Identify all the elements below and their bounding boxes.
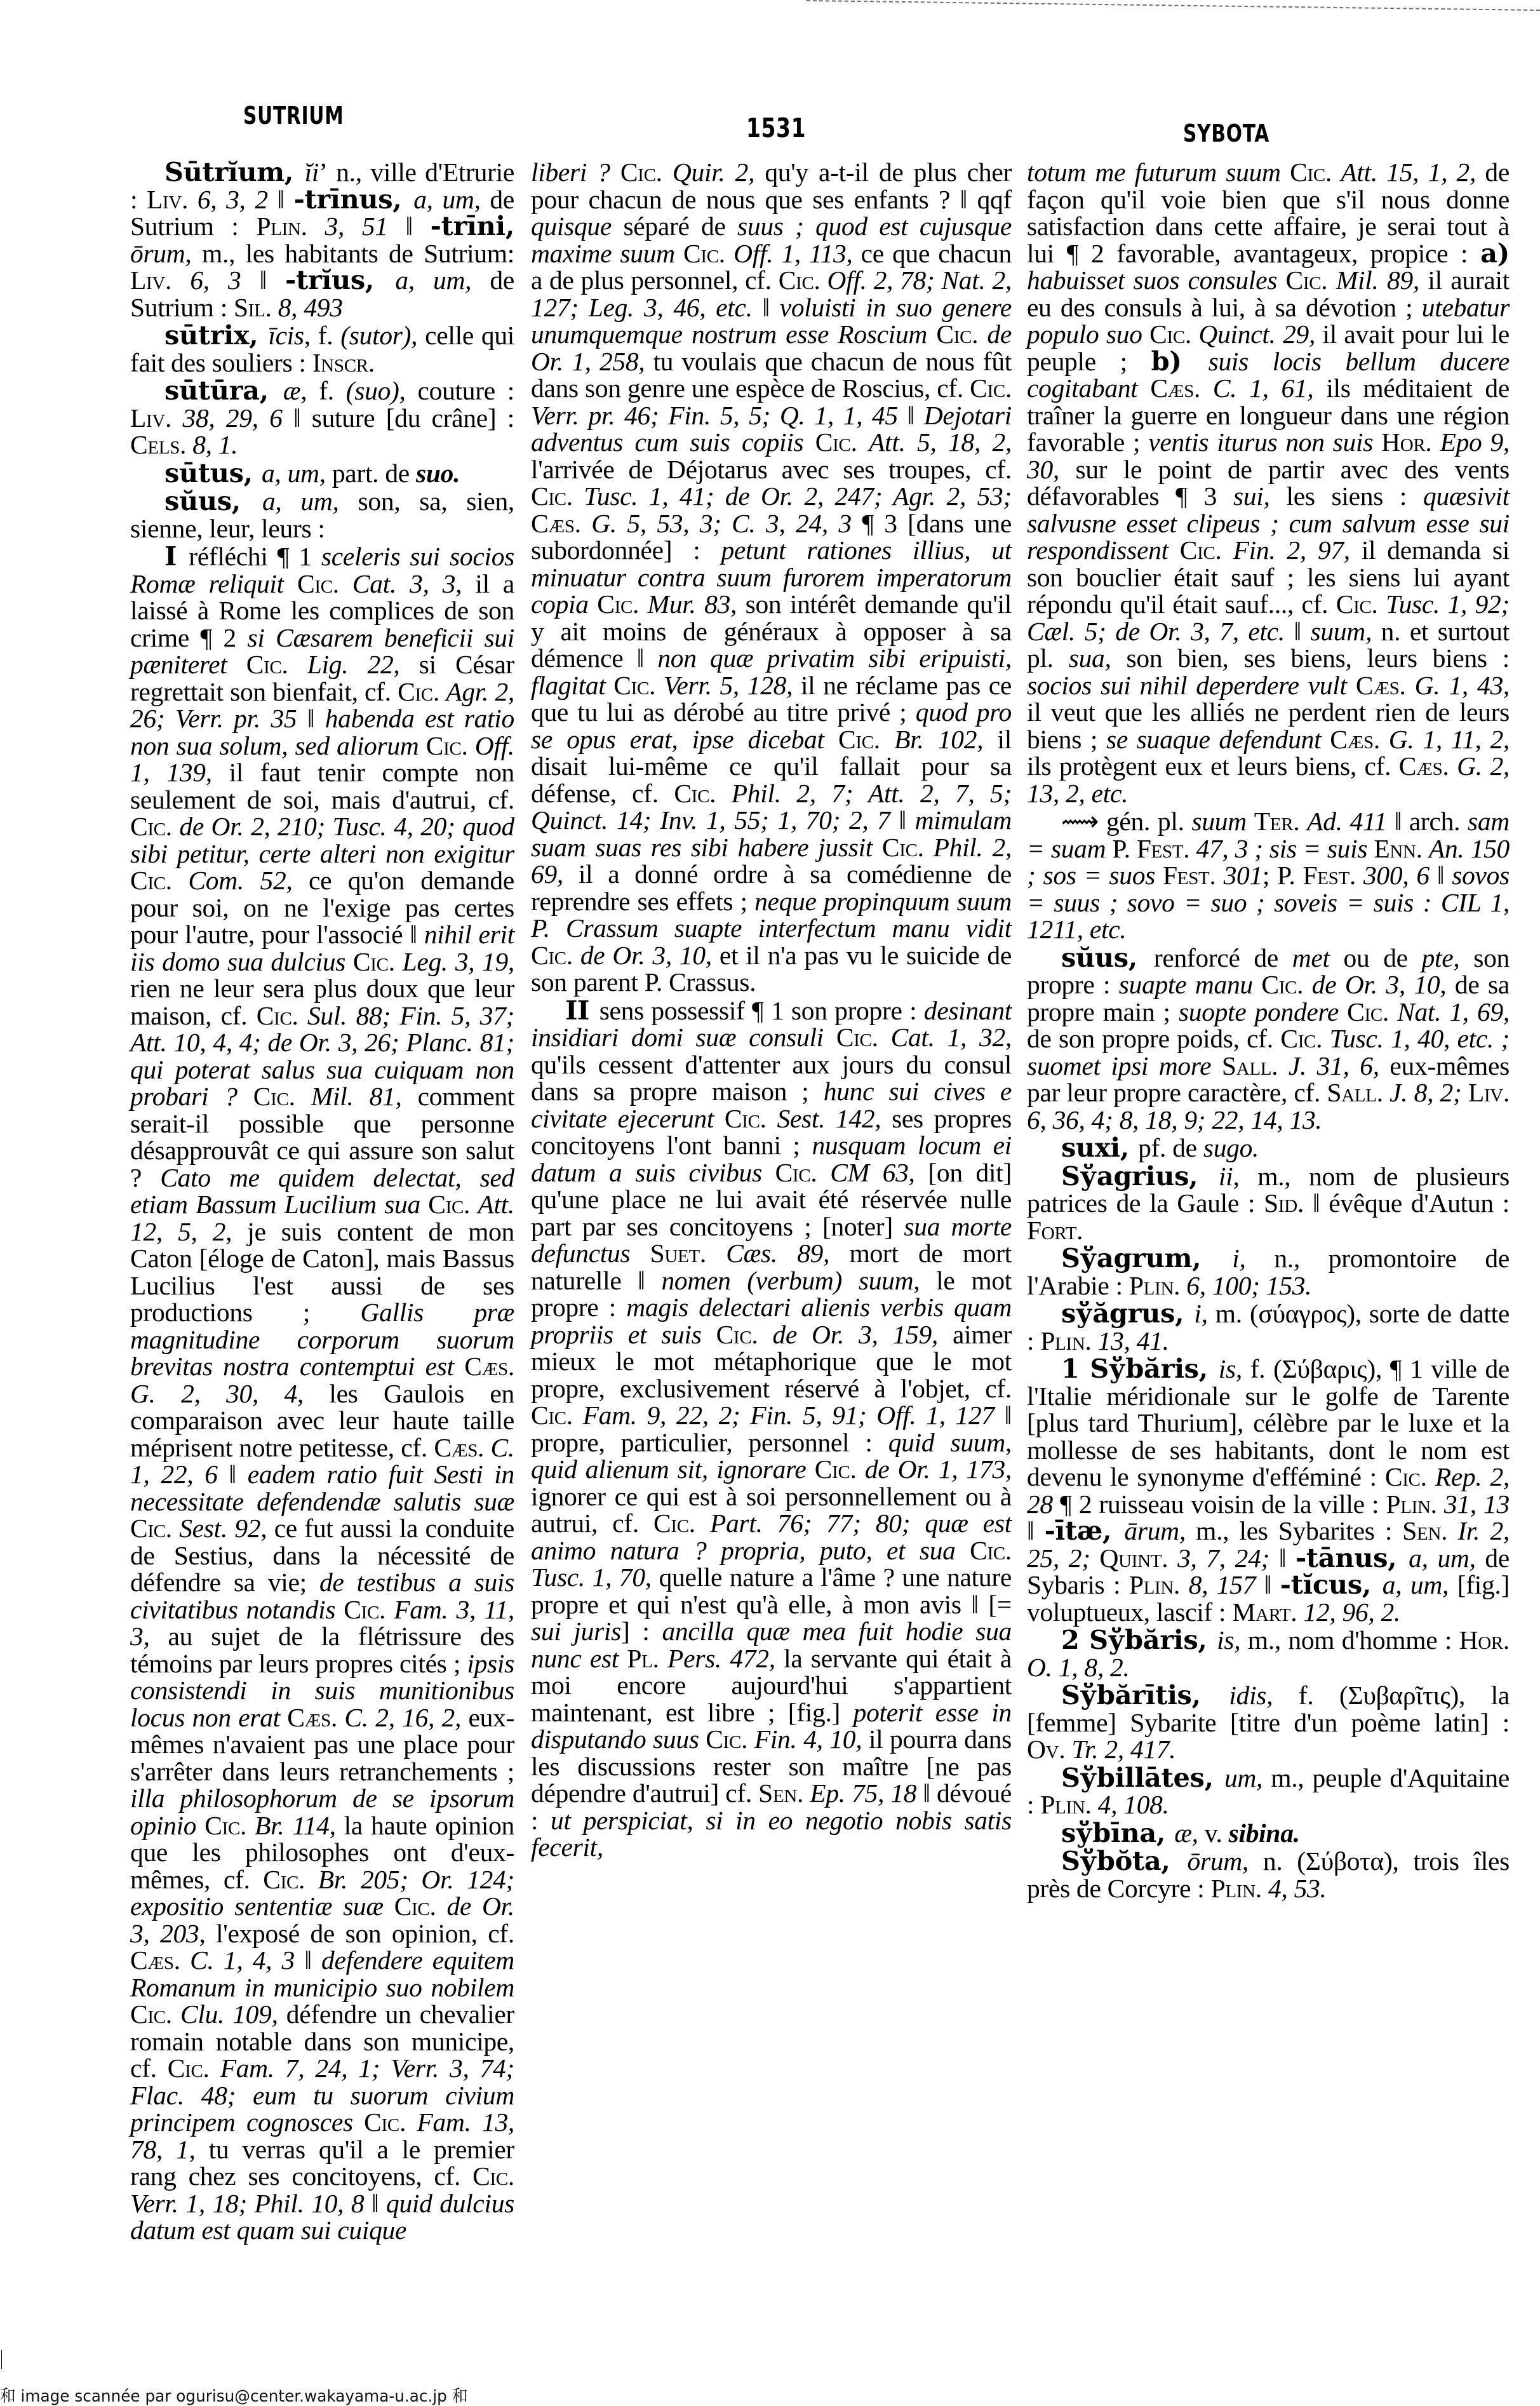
entry-text: Cic. — [1261, 970, 1311, 999]
entry-text: Fam. 9, 22, 2; Fin. 5, 91; Off. 1, 127 — [583, 1401, 994, 1430]
entry-text: Quinct. 29, — [1198, 319, 1322, 349]
running-head-left: SUTRIUM — [243, 102, 344, 130]
entry-text: liberi ? — [531, 158, 620, 187]
entry-text: ‖ — [753, 293, 780, 322]
entry-text: 4, 108. — [1098, 1790, 1169, 1819]
entry-text: Sen. — [758, 1778, 810, 1808]
entry-text: de Or. 3, 10, — [1312, 970, 1455, 999]
entry-text: 8, 493 — [278, 293, 343, 322]
entry-text: ‖ — [297, 704, 325, 733]
entry-text: Cic. — [257, 1001, 307, 1030]
dictionary-entry: Sўagrius, ii, m., nom de plusieurs patri… — [1027, 1163, 1510, 1244]
entry-text: Plin. — [1386, 1489, 1443, 1519]
scan-credit-footer: 和 image scannée par ogurisu@center.wakay… — [0, 2383, 467, 2406]
entry-text: Liv. — [1468, 1078, 1510, 1107]
entry-text: Cic. — [1336, 589, 1386, 619]
entry-text: habuisset suos consules — [1027, 265, 1285, 295]
entry-text: -trĭus, — [285, 264, 395, 295]
entry-text: i, — [1194, 1299, 1215, 1328]
entry-text: Ad. 411 — [1307, 807, 1387, 836]
entry-text: Pl. — [627, 1644, 667, 1673]
running-head-right: SYBOTA — [1183, 119, 1269, 147]
entry-text: Quint. — [1099, 1543, 1177, 1573]
entry-text: a, um, — [413, 185, 490, 214]
entry-text: Pers. 472, — [667, 1644, 784, 1673]
entry-text: ‖ — [364, 2189, 386, 2218]
entry-text: de Or. 3, 159, — [772, 1320, 953, 1349]
entry-text: ĭi — [305, 158, 319, 187]
entry-text: m., nom d'homme : — [1248, 1625, 1459, 1655]
column-right: totum me futurum suum Cic. Att. 15, 1, 2… — [1027, 159, 1510, 1903]
entry-text: Nat. 1, 69, — [1397, 997, 1510, 1026]
dictionary-entry: ⟿ gén. pl. suum Ter. Ad. 411 ‖ arch. sam… — [1027, 808, 1510, 943]
entry-text: ¶ 2 ruisseau voisin de la ville : — [1053, 1489, 1386, 1519]
entry-text: Cic. — [706, 1724, 754, 1754]
entry-text: Cat. 3, 3, — [352, 569, 475, 598]
entry-text: Cic. — [130, 866, 188, 895]
entry-text: ‖ — [388, 212, 431, 241]
entry-text: Tusc. 1, 41; de Or. 2, 247; Agr. 2, 53; — [584, 481, 1012, 511]
entry-text: O. 1, 8, 2. — [1027, 1653, 1130, 1682]
entry-text: i, — [1232, 1244, 1274, 1273]
entry-text: ventis iturus non suis — [1148, 427, 1381, 457]
entry-text: ‖ — [295, 1946, 321, 1975]
entry-text: Cic. — [531, 1401, 583, 1430]
entry-text: Cæs. — [464, 1352, 514, 1381]
entry-text: Sўagrius, — [1061, 1160, 1219, 1192]
entry-text: Fort. — [1027, 1216, 1083, 1245]
entry-text: Cæs. — [287, 1703, 344, 1732]
entry-text: Ep. 75, 18 — [810, 1778, 916, 1808]
entry-text: um, — [1224, 1763, 1271, 1792]
entry-text: Verr. pr. 46; Fin. 5, 5; Q. 1, 1, 45 — [531, 401, 898, 430]
entry-text: ārum, — [1124, 1516, 1196, 1545]
entry-text: Cæs. — [434, 1433, 490, 1462]
entry-text: (sutor), — [340, 321, 425, 350]
entry-text: Cæs. 89, — [726, 1239, 849, 1268]
entry-text: Sūtrĭum, — [164, 156, 305, 187]
entry-text: idis, — [1229, 1681, 1298, 1710]
entry-text: 6, 36, 4; 8, 18, 9; 22, 14, 13. — [1027, 1105, 1322, 1134]
entry-text: Cic. — [936, 319, 987, 349]
entry-text: renforcé de — [1154, 943, 1292, 972]
entry-text: ut perspiciat, si in eo negotio nobis sa… — [531, 1806, 1012, 1862]
entry-text: Cic. — [253, 1082, 311, 1111]
entry-text: ‖ — [218, 1460, 248, 1489]
entry-text: suapte manu — [1119, 970, 1262, 999]
entry-text: a) — [1480, 238, 1510, 269]
entry-text: Cic. — [970, 373, 1012, 403]
entry-text: P. Fest. — [1277, 861, 1363, 890]
entry-text: Sўbillātes, — [1061, 1762, 1224, 1793]
entry-text: socios sui nihil deperdere vult — [1027, 671, 1356, 700]
entry-text: Cic. — [620, 158, 673, 187]
entry-text: Cic. — [204, 1811, 255, 1840]
dictionary-entry: totum me futurum suum Cic. Att. 15, 1, 2… — [1027, 159, 1510, 807]
entry-text: ils protègent eux et leurs biens, cf. — [1027, 751, 1399, 781]
dictionary-entry: sūtūra, æ, f. (suo), couture : Liv. 38, … — [130, 377, 514, 459]
entry-text: Enn. — [1374, 834, 1429, 863]
entry-text: Cic. — [1285, 265, 1336, 295]
entry-text: m., les Sybarites : — [1196, 1516, 1402, 1545]
dictionary-entry: Sўagrum, i, n., promontoire de l'Arabie … — [1027, 1245, 1510, 1299]
entry-text: Cæs. — [1356, 671, 1415, 700]
entry-text: G. 1, 11, 2, — [1389, 725, 1510, 754]
entry-text: Plin. — [1211, 1874, 1268, 1903]
scan-margin-rule — [1, 2350, 2, 2369]
entry-text: v. — [1205, 1818, 1229, 1848]
entry-text: Cic. — [775, 1158, 831, 1187]
entry-text: Cæs. — [1330, 725, 1389, 754]
entry-text: sūtrix, — [164, 319, 268, 351]
entry-text: a, um, — [262, 487, 358, 516]
entry-text: Cic. — [838, 725, 894, 754]
entry-text: 3, 51 — [325, 212, 388, 241]
entry-text: 47, 3 ; sis = suis — [1196, 834, 1374, 863]
entry-text: Cic. — [263, 1865, 318, 1894]
entry-text: sŭus, — [164, 485, 262, 516]
entry-text: couture : — [418, 376, 514, 405]
entry-text: quisque — [531, 212, 623, 241]
entry-text: is, — [1219, 1354, 1250, 1383]
entry-text: suopte pondere — [1179, 997, 1347, 1026]
entry-text: ‖ — [890, 805, 915, 835]
entry-text: Verr. 1, 18; Phil. 10, 8 — [130, 2189, 364, 2218]
entry-text: Mur. 83, — [648, 589, 746, 619]
entry-text: Cæs. — [531, 509, 591, 538]
entry-text: 300, 6 — [1363, 861, 1430, 890]
entry-text: -ītæ, — [1045, 1515, 1125, 1546]
entry-text: Liv. — [130, 265, 190, 295]
entry-text: Cic. — [836, 1023, 891, 1052]
entry-text: nomen (verbum) suum, — [661, 1266, 936, 1295]
entry-text: de Or. 1, 173, — [865, 1455, 1012, 1484]
entry-text: ‖ — [268, 185, 294, 214]
entry-text: Cic. — [398, 677, 446, 706]
entry-text: ‖ — [898, 401, 924, 430]
entry-text: Cic. — [168, 2053, 220, 2083]
entry-text: suum, — [1311, 617, 1381, 646]
column-middle: liberi ? Cic. Quir. 2, qu'y a-t-il de pl… — [531, 159, 1012, 1862]
dictionary-entry: sŭus, a, um, son, sa, sien, sienne, leur… — [130, 488, 514, 542]
entry-text: Plin. — [1129, 1570, 1189, 1599]
entry-text: pf. de — [1138, 1133, 1203, 1162]
entry-text: totum me futurum suum — [1027, 158, 1290, 187]
entry-text: 6, 3 — [190, 265, 241, 295]
entry-text: Tusc. 1, 70, — [531, 1563, 659, 1592]
entry-text: Quir. 2, — [673, 158, 765, 187]
entry-text: Cels. — [130, 430, 192, 459]
entry-text: Lig. 22, — [307, 650, 419, 679]
entry-text: a, um, — [1409, 1543, 1485, 1573]
entry-text: Cæs. — [1150, 373, 1213, 403]
entry-text: Mart. — [1232, 1597, 1303, 1627]
entry-text: Tr. 2, 417. — [1071, 1735, 1175, 1764]
dictionary-entry: suxi, pf. de sugo. — [1027, 1134, 1510, 1162]
dictionary-entry: sūtrix, īcis, f. (sutor), celle qui fait… — [130, 322, 514, 376]
entry-text: Sid. — [1264, 1188, 1304, 1218]
entry-text: Att. 15, 1, 2, — [1341, 158, 1485, 187]
entry-text: Cic. — [674, 779, 731, 808]
entry-text: Cic. — [1385, 1462, 1435, 1491]
entry-text: C. 1, 4, 3 — [190, 1946, 295, 1975]
entry-text: sugo. — [1203, 1133, 1259, 1162]
entry-text: Verr. 5, 128, — [664, 671, 801, 700]
entry-text: ‖ — [1430, 861, 1452, 890]
entry-text: Fin. 4, 10, — [754, 1724, 869, 1754]
entry-text: G. 1, 43, — [1415, 671, 1510, 700]
dictionary-entry: liberi ? Cic. Quir. 2, qu'y a-t-il de pl… — [531, 159, 1012, 996]
entry-text: Cic. — [531, 481, 584, 511]
dictionary-entry: sūtus, a, um, part. de suo. — [130, 460, 514, 487]
entry-text: Cic. — [246, 650, 307, 679]
entry-text: 6, 3, 2 — [198, 185, 268, 214]
entry-text: 8, 157 — [1189, 1570, 1255, 1599]
entry-text: Cæs. — [130, 1946, 190, 1975]
entry-text: Cic. — [683, 239, 733, 268]
entry-text: sўăgrus, — [1061, 1298, 1194, 1329]
entry-text: ‖ suture [du crâne] : — [283, 403, 514, 433]
entry-text: ‖ — [1269, 1543, 1296, 1573]
entry-text: Sest. 142, — [777, 1104, 892, 1133]
entry-text: Cic. — [815, 1455, 865, 1484]
entry-text: se suaque defendunt — [1106, 725, 1330, 754]
entry-text: ou de — [1344, 943, 1422, 972]
dictionary-entry: Sўbărītis, idis, f. (Συβαρῖτις), la [fem… — [1027, 1682, 1510, 1763]
entry-text: sūtus, — [164, 457, 262, 488]
entry-text: Mil. 89, — [1336, 265, 1428, 295]
entry-text: 31, 13 — [1444, 1489, 1510, 1519]
entry-text: J. 31, 6, — [1289, 1051, 1390, 1080]
entry-text: Cic. — [394, 1892, 447, 1921]
entry-text: ‖ — [1255, 1570, 1280, 1599]
entry-text: ; — [1262, 861, 1277, 890]
entry-text: Sўbŏta, — [1061, 1845, 1188, 1876]
entry-text: Cic. — [297, 569, 352, 598]
entry-text: Cic. — [970, 1536, 1012, 1565]
entry-text: sui, — [1233, 481, 1286, 511]
entry-text: f. — [318, 321, 341, 350]
entry-text: Cic. — [1280, 1024, 1329, 1053]
entry-text: sūtūra, — [164, 375, 283, 406]
entry-text: G. 5, 53, 3; C. 3, 24, 3 — [591, 509, 852, 538]
entry-text: de Or. 2, 210; Tusc. 4, 20; quod sibi pe… — [130, 812, 514, 868]
entry-text: Ter. — [1254, 807, 1307, 836]
entry-text: Liv. — [147, 185, 198, 214]
entry-text: a, um, — [1383, 1570, 1457, 1599]
dictionary-entry: sўbīna, æ, v. sibina. — [1027, 1820, 1510, 1847]
entry-text: ] : — [621, 1616, 662, 1646]
entry-text: Cic. — [1290, 158, 1341, 187]
dictionary-entry: sŭus, renforcé de met ou de pte, son pro… — [1027, 944, 1510, 1134]
entry-text: Cic. — [344, 1595, 394, 1624]
entry-text: de Or. 3, 10, — [580, 941, 720, 970]
entry-text: 8, 1. — [192, 430, 238, 459]
entry-text: Leg. 3, 19, — [403, 947, 514, 976]
entry-text: 6, 100; 153. — [1186, 1271, 1311, 1300]
entry-text: Plin. — [1040, 1790, 1097, 1819]
scan-edge-artifact — [807, 0, 1540, 25]
dictionary-entry: sўăgrus, i, m. (σύαγρος), sorte de datte… — [1027, 1300, 1510, 1354]
entry-text: J. 8, 2; — [1389, 1078, 1468, 1107]
entry-text: séparé de — [623, 212, 737, 241]
entry-text: Cic. — [364, 2107, 417, 2137]
entry-text: Cic. — [1347, 997, 1397, 1026]
entry-text: 2 Sўbăris, — [1061, 1624, 1217, 1655]
entry-text: I — [164, 541, 189, 572]
entry-text: īcis, — [268, 321, 318, 350]
entry-text: Cic. — [130, 812, 179, 841]
entry-text: æ, — [1174, 1818, 1205, 1848]
entry-text: l'exposé de son opinion, cf. — [216, 1919, 514, 1948]
entry-text: Cæs. — [1399, 751, 1457, 781]
entry-text: a, um, — [262, 459, 332, 488]
entry-text: suxi, — [1061, 1132, 1138, 1163]
entry-text: Sall. — [1327, 1078, 1389, 1107]
dictionary-entry: II sens possessif ¶ 1 son propre : desin… — [531, 997, 1012, 1861]
entry-text: Cic. — [1149, 319, 1198, 349]
entry-text: 13, 41. — [1098, 1326, 1169, 1355]
entry-text: Br. 114, — [255, 1811, 344, 1840]
entry-text: Cic. — [130, 1999, 180, 2029]
entry-text: son bien, ses biens, leurs biens : — [1127, 643, 1510, 673]
entry-text: Mil. 81, — [311, 1082, 418, 1111]
entry-text: Hor. — [1381, 427, 1440, 457]
entry-text: 38, 29, 6 — [183, 403, 283, 433]
entry-text: les siens : — [1286, 481, 1423, 511]
entry-text: ‖ évêque d'Autun : — [1304, 1188, 1510, 1218]
entry-text: suo. — [416, 459, 460, 488]
entry-text: ōrum, — [130, 239, 202, 268]
entry-text: sua, — [1069, 643, 1127, 673]
entry-text: a, um, — [395, 265, 490, 295]
entry-text: Cic. — [779, 265, 827, 295]
entry-text: Cic. — [716, 1320, 773, 1349]
entry-text: C. 2, 16, 2, — [344, 1703, 468, 1732]
entry-text: 4, 53. — [1268, 1874, 1327, 1903]
entry-text: Hor. — [1459, 1625, 1510, 1655]
entry-text: Inscr. — [312, 348, 375, 377]
entry-text: 301 — [1224, 861, 1262, 890]
entry-text: Sil. — [234, 293, 278, 322]
entry-text: -trīni, — [431, 210, 514, 241]
entry-text: ‖ — [1285, 617, 1311, 646]
entry-text: ōrum, — [1188, 1846, 1263, 1876]
entry-text: Cic. — [130, 1514, 179, 1543]
entry-text: 1 Sўbăris, — [1061, 1353, 1219, 1384]
entry-text: sui juris — [531, 1616, 621, 1646]
entry-text: part. de — [332, 459, 416, 488]
entry-text: Sen. — [1402, 1516, 1457, 1545]
entry-text: Suet. — [650, 1239, 726, 1268]
entry-text: ⟿ gén. pl. — [1061, 807, 1192, 836]
entry-text: ‖ — [241, 265, 285, 295]
entry-text: (suo), — [346, 376, 418, 405]
entry-text: Sўbărītis, — [1061, 1679, 1229, 1710]
entry-text: Plin. — [1040, 1326, 1097, 1355]
entry-text: m., les habitants de Sutrium: — [202, 239, 514, 268]
dictionary-entry: Sўbillātes, um, m., peuple d'Aquitaine :… — [1027, 1764, 1510, 1818]
entry-text: -tĭcus, — [1280, 1569, 1383, 1600]
entry-text: Sest. 92, — [179, 1514, 274, 1543]
entry-text: l'arrivée de Déjotarus avec ses troupes,… — [531, 455, 1012, 484]
entry-text: Ov. — [1027, 1735, 1071, 1764]
entry-text: suum — [1191, 807, 1254, 836]
entry-text: Att. 5, 18, 2, — [869, 427, 1012, 457]
dictionary-entry: Sūtrĭum, ĭiʼ n., ville d'Etrurie : Liv. … — [130, 159, 514, 321]
entry-text: Cic. — [1180, 535, 1233, 565]
entry-text: sibina. — [1229, 1818, 1300, 1848]
entry-text: Cic. — [597, 589, 647, 619]
entry-text: pte, — [1422, 943, 1474, 972]
entry-text: ‖ — [1027, 1516, 1045, 1545]
entry-text: 12, 96, 2. — [1303, 1597, 1400, 1627]
entry-text: de son propre poids, cf. — [1027, 1024, 1280, 1053]
entry-text: au sujet de la flétrissure des témoins p… — [130, 1622, 514, 1678]
entry-text: Cic. — [613, 671, 664, 700]
entry-text: ‖ arch. — [1387, 807, 1468, 836]
entry-text: Fin. 2, 97, — [1233, 535, 1362, 565]
entry-text: sўbīna, — [1061, 1817, 1174, 1848]
entry-text: Cic. — [815, 427, 869, 457]
entry-text: is, — [1217, 1625, 1248, 1655]
entry-text: Cic. — [426, 731, 475, 760]
entry-text: Cic. — [353, 947, 403, 976]
entry-text: P. Fest. — [1112, 834, 1196, 863]
entry-text: Cic. — [472, 2161, 514, 2191]
entry-text: Cic. — [653, 1509, 710, 1538]
entry-text: Off. 1, 113, — [733, 239, 861, 268]
entry-text: æ, — [283, 376, 319, 405]
entry-text: met — [1292, 943, 1344, 972]
entry-text: II — [565, 995, 599, 1026]
entry-text: ii, — [1219, 1162, 1257, 1191]
entry-text: Br. 102, — [894, 725, 997, 754]
entry-text: réfléchi ¶ 1 — [189, 542, 321, 571]
entry-text: C. 1, 61, — [1213, 373, 1326, 403]
entry-text: Com. 52, — [188, 866, 309, 895]
dictionary-entry: 2 Sўbăris, is, m., nom d'homme : Hor. O.… — [1027, 1627, 1510, 1681]
entry-text: b) — [1151, 346, 1209, 377]
entry-text: Fest. — [1163, 861, 1224, 890]
entry-text: Sўagrum, — [1061, 1242, 1232, 1274]
entry-text: 3, 7, 24; — [1177, 1543, 1269, 1573]
column-left: Sūtrĭum, ĭiʼ n., ville d'Etrurie : Liv. … — [130, 159, 514, 2245]
dictionary-entry: Sўbŏta, ōrum, n. (Σύβοτα), trois îles pr… — [1027, 1848, 1510, 1902]
entry-text: Sall. — [1222, 1051, 1289, 1080]
entry-text: Cic. — [725, 1104, 777, 1133]
entry-text: Cic. — [428, 1190, 478, 1219]
entry-text: f. — [319, 376, 346, 405]
entry-text: Plin. — [1129, 1271, 1186, 1300]
entry-text: Clu. 109, — [180, 1999, 286, 2029]
entry-text: CM 63, — [830, 1158, 928, 1187]
entry-text: sens possessif ¶ 1 son propre : — [599, 996, 924, 1025]
entry-text: sŭus, — [1061, 942, 1154, 973]
entry-text: Cat. 1, 32, — [891, 1023, 1012, 1052]
entry-text: Liv. — [130, 403, 183, 433]
dictionary-entry: 1 Sўbăris, is, f. (Σύβαρις), ¶ 1 ville d… — [1027, 1355, 1510, 1625]
entry-text: Plin. — [256, 212, 325, 241]
entry-text: G. 2, 30, 4, — [130, 1379, 329, 1408]
page-number: 1531 — [746, 112, 806, 144]
entry-text: Cic. — [531, 941, 580, 970]
dictionary-entry: I réfléchi ¶ 1 sceleris sui socios Romæ … — [130, 543, 514, 2244]
entry-text: Cic. — [882, 833, 934, 862]
entry-text: -trīnus, — [294, 184, 414, 215]
